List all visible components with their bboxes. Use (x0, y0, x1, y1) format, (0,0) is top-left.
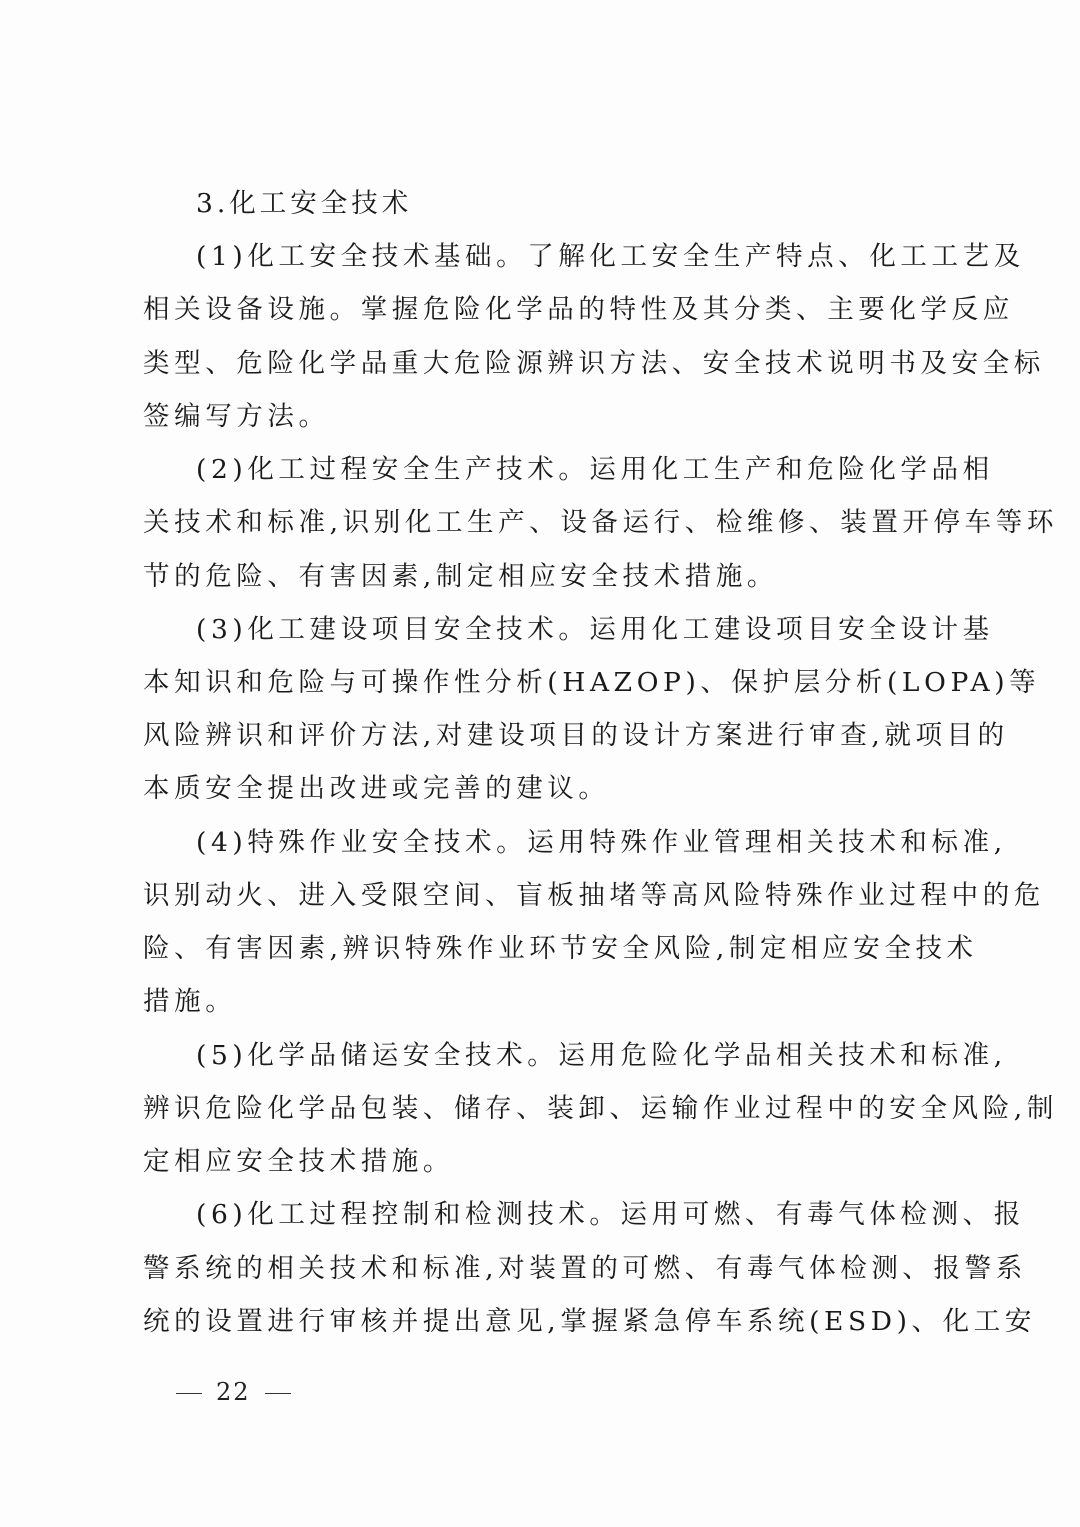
section-heading: 3.化工安全技术 (196, 184, 412, 224)
page-number-footer: 22 (162, 1374, 305, 1410)
paragraph-2-line-2: 关技术和标准,识别化工生产、设备运行、检维修、装置开停车等环 (143, 503, 938, 543)
dash-left-decoration (176, 1393, 202, 1394)
paragraph-5-line-3: 定相应安全技术措施。 (143, 1142, 938, 1182)
paragraph-1-line-1: (1)化工安全技术基础。了解化工安全生产特点、化工工艺及 (196, 237, 938, 277)
paragraph-3-line-1: (3)化工建设项目安全技术。运用化工建设项目安全设计基 (196, 610, 938, 650)
paragraph-1-line-3: 类型、危险化学品重大危险源辨识方法、安全技术说明书及安全标 (143, 344, 938, 384)
paragraph-6-line-2: 警系统的相关技术和标准,对装置的可燃、有毒气体检测、报警系 (143, 1249, 938, 1289)
paragraph-3-line-2: 本知识和危险与可操作性分析(HAZOP)、保护层分析(LOPA)等 (143, 663, 938, 703)
paragraph-4-line-1: (4)特殊作业安全技术。运用特殊作业管理相关技术和标准, (196, 823, 938, 863)
paragraph-4-line-4: 措施。 (143, 982, 938, 1022)
document-page: 3.化工安全技术 (1)化工安全技术基础。了解化工安全生产特点、化工工艺及 相关… (0, 0, 1080, 1527)
paragraph-4-line-2: 识别动火、进入受限空间、盲板抽堵等高风险特殊作业过程中的危 (143, 876, 938, 916)
paragraph-5-line-2: 辨识危险化学品包装、储存、装卸、运输作业过程中的安全风险,制 (143, 1089, 938, 1129)
paragraph-2-line-3: 节的危险、有害因素,制定相应安全技术措施。 (143, 557, 938, 597)
paragraph-1-line-4: 签编写方法。 (143, 397, 938, 437)
paragraph-3-line-3: 风险辨识和评价方法,对建设项目的设计方案进行审查,就项目的 (143, 716, 938, 756)
paragraph-4-line-3: 险、有害因素,辨识特殊作业环节安全风险,制定相应安全技术 (143, 929, 938, 969)
paragraph-5-line-1: (5)化学品储运安全技术。运用危险化学品相关技术和标准, (196, 1036, 938, 1076)
dash-right-decoration (265, 1393, 291, 1394)
paragraph-6-line-1: (6)化工过程控制和检测技术。运用可燃、有毒气体检测、报 (196, 1195, 938, 1235)
paragraph-6-line-3: 统的设置进行审核并提出意见,掌握紧急停车系统(ESD)、化工安 (143, 1302, 938, 1342)
paragraph-2-line-1: (2)化工过程安全生产技术。运用化工生产和危险化学品相 (196, 450, 938, 490)
page-number: 22 (216, 1378, 251, 1406)
paragraph-3-line-4: 本质安全提出改进或完善的建议。 (143, 769, 938, 809)
paragraph-1-line-2: 相关设备设施。掌握危险化学品的特性及其分类、主要化学反应 (143, 290, 938, 330)
